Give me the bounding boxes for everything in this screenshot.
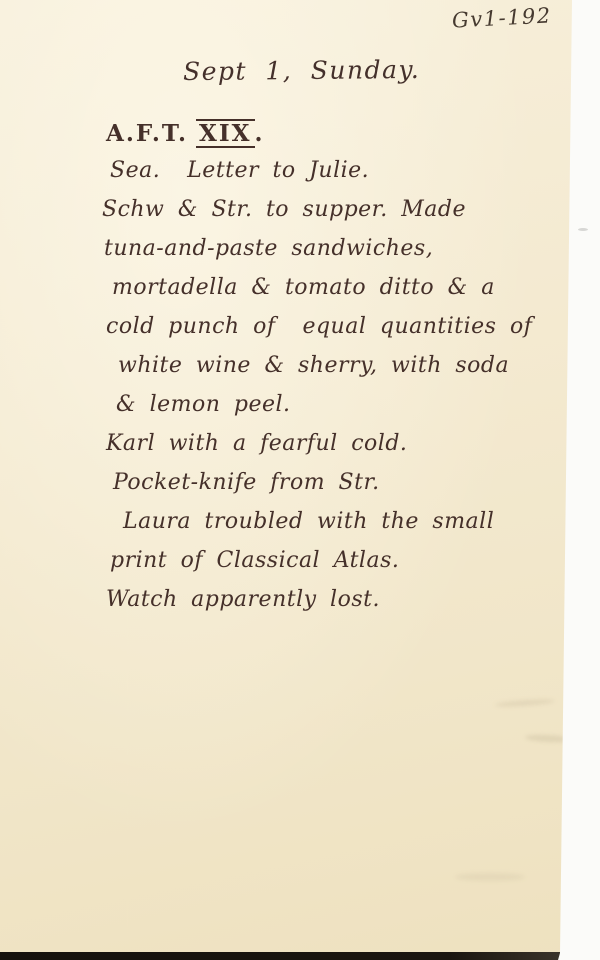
entry-line: Schw & Str. to supper. Made [102,197,600,236]
entry-line: tuna-and-paste sandwiches, [104,236,600,275]
entry-line: Karl with a fearful cold. [106,431,600,470]
diary-entry: A.F.T.XIX. Sea. Letter to Julie. Schw & … [0,119,600,626]
paper-stain [455,873,525,881]
entry-line: Watch apparently lost. [106,587,600,626]
aft-prefix: A.F.T. [106,120,188,147]
ink-bleed-smudge [525,734,571,743]
entry-line-aft: A.F.T.XIX. [106,119,600,158]
backing-sheet-speck [578,228,588,231]
entry-line: & lemon peel. [116,392,600,431]
ink-bleed-smudge [495,698,555,708]
manuscript-paper: Gv1-192 Sept 1, Sunday. A.F.T.XIX. Sea. … [0,0,600,960]
entry-line: Pocket-knife from Str. [113,470,600,509]
entry-line: white wine & sherry, with soda [118,353,600,392]
entry-line: cold punch of equal quantities of [106,314,600,353]
entry-line: Laura troubled with the small [123,509,600,548]
entry-line: Sea. Letter to Julie. [110,158,600,197]
roman-numeral-overlined: XIX [196,119,254,148]
scanned-diary-page: Gv1-192 Sept 1, Sunday. A.F.T.XIX. Sea. … [0,0,600,960]
entry-line: mortadella & tomato ditto & a [112,275,600,314]
aft-period: . [255,120,265,147]
entry-line: print of Classical Atlas. [110,548,600,587]
archive-mark: Gv1-192 [451,3,552,32]
diary-date-heading: Sept 1, Sunday. [183,55,420,86]
